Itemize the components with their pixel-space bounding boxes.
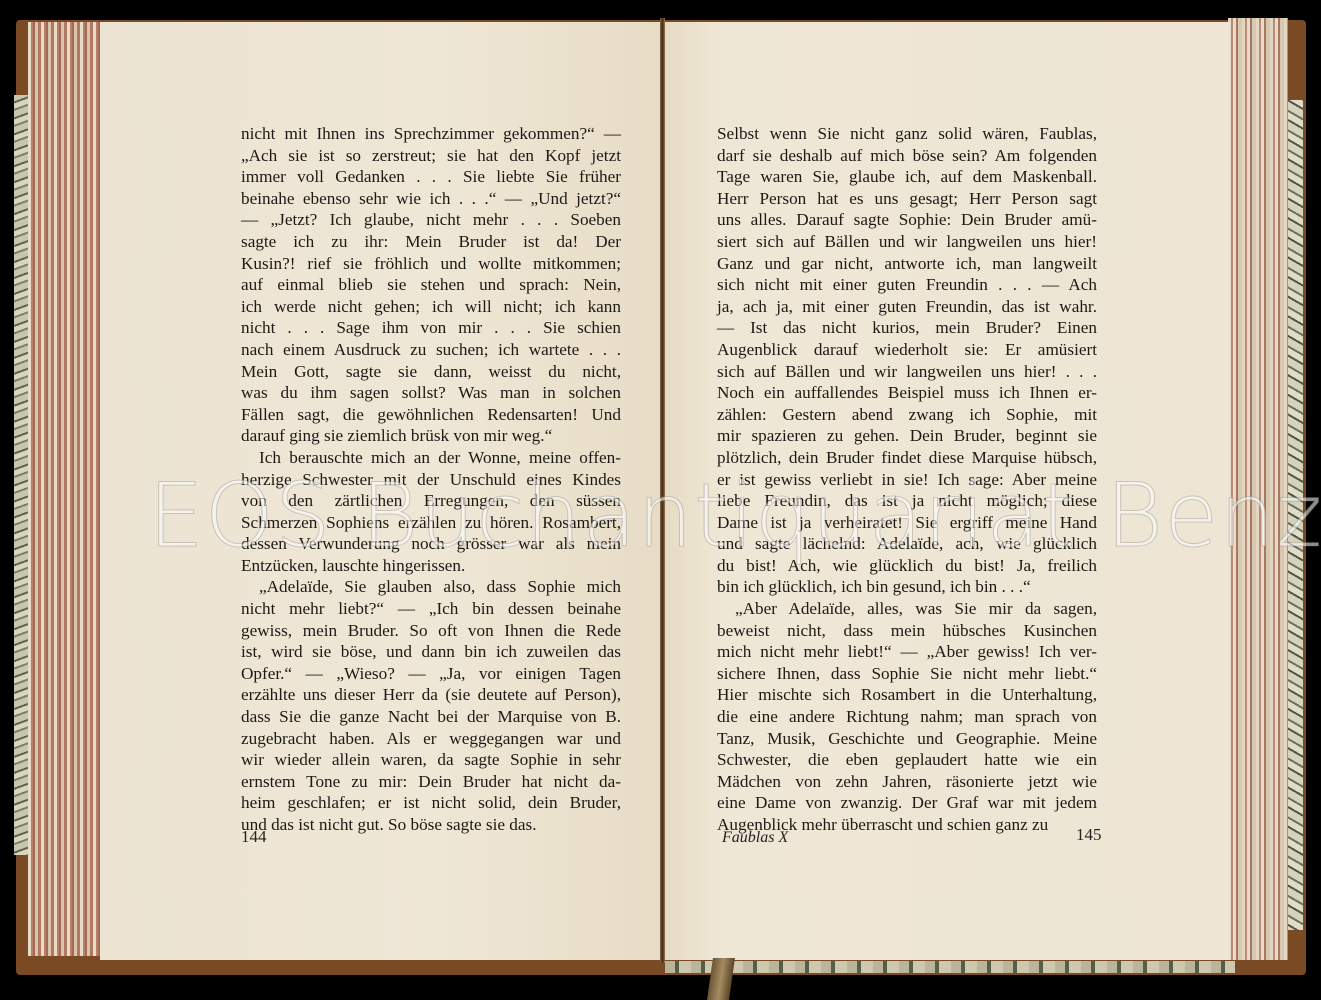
text-line: auf einmal blieb sie stehen und sprach: … xyxy=(241,274,621,296)
ribbon-bookmark xyxy=(707,958,735,1000)
text-line: nicht . . . Sage ihm von mir . . . Sie s… xyxy=(241,317,621,339)
text-line: was du ihm sagen sollst? Was man in solc… xyxy=(241,382,621,404)
text-line: Tanz, Musik, Geschichte und Geographie. … xyxy=(717,728,1097,750)
text-line: ist, wird sie böse, und dann bin ich zuw… xyxy=(241,641,621,663)
text-line: sichere Ihnen, dass Sophie Sie nicht meh… xyxy=(717,663,1097,685)
text-line: bin ich glücklich, ich bin gesund, ich b… xyxy=(717,576,1097,598)
text-line: Opfer.“ — „Wieso? — „Ja, vor einigen Tag… xyxy=(241,663,621,685)
text-line: nach einem Ausdruck zu suchen; ich warte… xyxy=(241,339,621,361)
text-line: Entzücken, lauschte hingerissen. xyxy=(241,555,621,577)
text-line: er ist gewiss verliebt in sie! Ich sage:… xyxy=(717,469,1097,491)
text-line: Dame ist ja verheiratet! Sie ergriff mei… xyxy=(717,512,1097,534)
marbled-board-left xyxy=(14,95,28,855)
page-edges-right xyxy=(1228,18,1288,960)
text-line: mir spazieren zu gehen. Dein Bruder, beg… xyxy=(717,425,1097,447)
page-number-left: 144 xyxy=(241,827,267,847)
text-line: Fällen sagt, die gewöhnlichen Redensarte… xyxy=(241,404,621,426)
text-line: Schmerzen Sophiens erzählen zu hören. Ro… xyxy=(241,512,621,534)
text-line: ich werde nicht gehen; ich will nicht; i… xyxy=(241,296,621,318)
text-line: uns alles. Darauf sagte Sophie: Dein Bru… xyxy=(717,209,1097,231)
text-line: darauf ging sie ziemlich brüsk von mir w… xyxy=(241,425,621,447)
text-line: nicht mehr liebt?“ — „Ich bin dessen bei… xyxy=(241,598,621,620)
text-line: Herr Person hat es uns gesagt; Herr Pers… xyxy=(717,188,1097,210)
left-page-text: nicht mit Ihnen ins Sprechzimmer gekomme… xyxy=(241,123,621,836)
text-line: Augenblick darauf wiederholt sie: Er amü… xyxy=(717,339,1097,361)
page-edges-left xyxy=(28,22,100,956)
text-line: Ich berauschte mich an der Wonne, meine … xyxy=(241,447,621,469)
text-line: ja, ach ja, mit einer guten Freundin, da… xyxy=(717,296,1097,318)
text-line: die eine andere Richtung nahm; man sprac… xyxy=(717,706,1097,728)
text-line: sagte ich zu ihr: Mein Bruder ist da! De… xyxy=(241,231,621,253)
text-line: „Ach sie ist so zerstreut; sie hat den K… xyxy=(241,145,621,167)
text-line: erzählte uns dieser Herr da (sie deutete… xyxy=(241,684,621,706)
right-page-text: Selbst wenn Sie nicht ganz solid wären, … xyxy=(717,123,1097,836)
text-line: zählen: Gestern abend zwang ich Sophie, … xyxy=(717,404,1097,426)
text-line: „Aber Adelaïde, alles, was Sie mir da sa… xyxy=(717,598,1097,620)
text-line: Kusin?! rief sie fröhlich und wollte mit… xyxy=(241,253,621,275)
right-page: Selbst wenn Sie nicht ganz solid wären, … xyxy=(664,22,1230,960)
text-line: plötzlich, dein Bruder findet diese Marq… xyxy=(717,447,1097,469)
text-line: Schwester, die eben geplaudert hatte wie… xyxy=(717,749,1097,771)
text-line: beweist nicht, dass mein hübsches Kusinc… xyxy=(717,620,1097,642)
text-line: wir wieder allein waren, da sagte Sophie… xyxy=(241,749,621,771)
text-line: gewiss, mein Bruder. So oft von Ihnen di… xyxy=(241,620,621,642)
text-line: herzige Schwester mit der Unschuld eines… xyxy=(241,469,621,491)
text-line: Ganz und gar nicht, antworte ich, man la… xyxy=(717,253,1097,275)
signature-mark: Faublas X xyxy=(722,829,788,847)
text-line: Tage waren Sie, glaube ich, auf dem Mask… xyxy=(717,166,1097,188)
text-line: liebe Freundin, das ist ja nicht möglich… xyxy=(717,490,1097,512)
text-line: siert sich auf Bällen und wir langweilen… xyxy=(717,231,1097,253)
text-line: immer voll Gedanken . . . Sie liebte Sie… xyxy=(241,166,621,188)
text-line: eine Dame von zwanzig. Der Graf war mit … xyxy=(717,792,1097,814)
left-page: nicht mit Ihnen ins Sprechzimmer gekomme… xyxy=(100,22,662,960)
text-line: Mädchen von zehn Jahren, räsonierte jetz… xyxy=(717,771,1097,793)
page-number-right: 145 xyxy=(1076,825,1102,845)
book-gutter xyxy=(660,18,665,963)
text-line: nicht mit Ihnen ins Sprechzimmer gekomme… xyxy=(241,123,621,145)
text-line: und das ist nicht gut. So böse sagte sie… xyxy=(241,814,621,836)
text-line: dass Sie die ganze Nacht bei der Marquis… xyxy=(241,706,621,728)
text-line: „Adelaïde, Sie glauben also, dass Sophie… xyxy=(241,576,621,598)
text-line: dessen Verwunderung noch grösser war als… xyxy=(241,533,621,555)
text-line: darf sie deshalb auf mich böse sein? Am … xyxy=(717,145,1097,167)
text-line: heim geschlafen; er ist nicht solid, dei… xyxy=(241,792,621,814)
text-line: von den zärtlichen Erregungen, den süsse… xyxy=(241,490,621,512)
text-line: und sagte lächelnd: Adelaïde, ach, wie g… xyxy=(717,533,1097,555)
text-line: sich auf Bällen und wir langweilen uns h… xyxy=(717,361,1097,383)
text-line: — Ist das nicht kurios, mein Bruder? Ein… xyxy=(717,317,1097,339)
text-line: ernstem Tone zu mir: Dein Bruder hat nic… xyxy=(241,771,621,793)
marbled-board-bottom xyxy=(665,961,1235,973)
text-line: du bist! Ach, wie glücklich du bist! Ja,… xyxy=(717,555,1097,577)
text-line: zugebracht haben. Als er weggegangen war… xyxy=(241,728,621,750)
text-line: mich nicht mehr liebt!“ — „Aber gewiss! … xyxy=(717,641,1097,663)
text-line: sich nicht mit einer guten Freundin . . … xyxy=(717,274,1097,296)
text-line: — „Jetzt? Ich glaube, nicht mehr . . . S… xyxy=(241,209,621,231)
text-line: Selbst wenn Sie nicht ganz solid wären, … xyxy=(717,123,1097,145)
text-line: Hier mischte sich Rosambert in die Unter… xyxy=(717,684,1097,706)
text-line: beinahe ebenso sehr wie ich . . .“ — „Un… xyxy=(241,188,621,210)
text-line: Noch ein auffallendes Beispiel muss ich … xyxy=(717,382,1097,404)
text-line: Mein Gott, sagte sie dann, weisst du nic… xyxy=(241,361,621,383)
